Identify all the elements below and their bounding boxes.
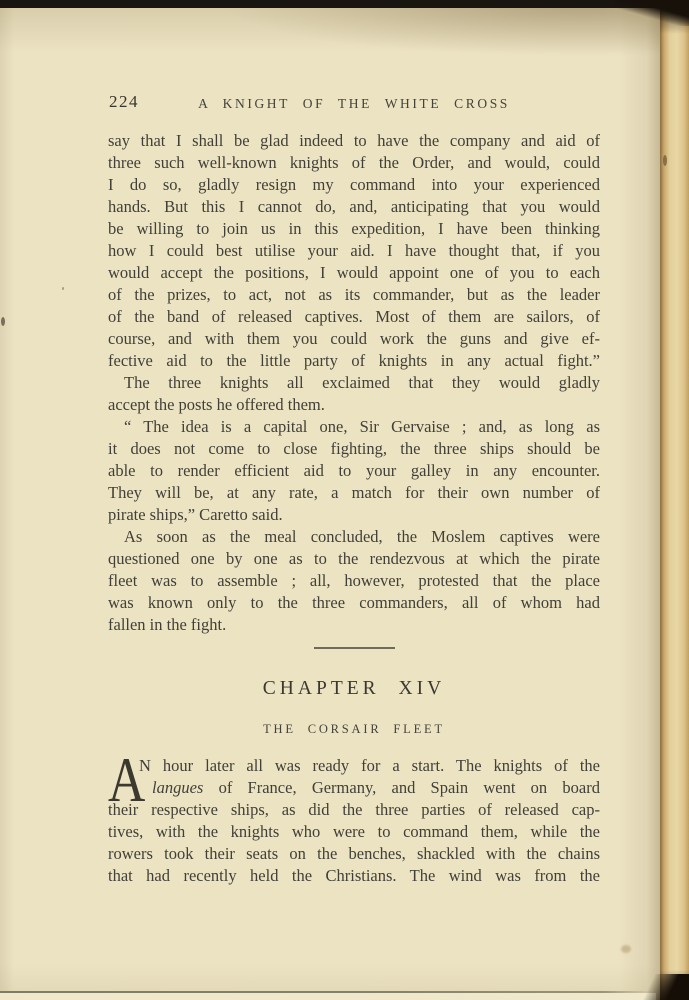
chapter-opening-text: N hour later all was ready for a start. … bbox=[108, 755, 600, 887]
text-segment: was known only to the three commanders, … bbox=[108, 593, 600, 612]
text-segment: The three knights all exclaimed that the… bbox=[124, 373, 600, 392]
text-segment: it does not come to close fighting, the … bbox=[108, 439, 600, 458]
running-title: A KNIGHT OF THE WHITE CROSS bbox=[108, 92, 600, 114]
text-line: N hour later all was ready for a start. … bbox=[108, 755, 600, 777]
text-line: fallen in the fight. bbox=[108, 614, 600, 636]
page-under-edge bbox=[0, 993, 656, 1000]
text-segment: hands. But this I cannot do, and, antici… bbox=[108, 197, 600, 216]
text-line: course, and with them you could work the… bbox=[108, 328, 600, 350]
text-segment: that had recently held the Christians. T… bbox=[108, 866, 600, 885]
text-segment: three such well-known knights of the Ord… bbox=[108, 153, 600, 172]
text-line: accept the posts he offered them. bbox=[108, 394, 600, 416]
text-segment: I do so, gladly resign my command into y… bbox=[108, 175, 600, 194]
text-line: say that I shall be glad indeed to have … bbox=[108, 130, 600, 152]
book-page: 224 A KNIGHT OF THE WHITE CROSS say that… bbox=[0, 6, 663, 1000]
text-segment: pirate ships,” Caretto said. bbox=[108, 505, 283, 524]
text-line: would accept the positions, I would appo… bbox=[108, 262, 600, 284]
page-header: 224 A KNIGHT OF THE WHITE CROSS bbox=[108, 92, 600, 112]
paper-smudge bbox=[621, 945, 631, 953]
body-text: say that I shall be glad indeed to have … bbox=[108, 130, 600, 636]
text-segment: say that I shall be glad indeed to have … bbox=[108, 131, 600, 150]
text-segment: of the prizes, to act, not as its comman… bbox=[108, 285, 600, 304]
text-line: how I could best utilise your aid. I hav… bbox=[108, 240, 600, 262]
text-segment: fallen in the fight. bbox=[108, 615, 226, 634]
page-number: 224 bbox=[109, 92, 139, 112]
text-line: of the band of released captives. Most o… bbox=[108, 306, 600, 328]
text-segment: questioned one by one as to the rendezvo… bbox=[108, 549, 600, 568]
paper-speck bbox=[1, 317, 5, 326]
photo-top-edge bbox=[0, 0, 689, 8]
text-line: three such well-known knights of the Ord… bbox=[108, 152, 600, 174]
text-line: fective aid to the little party of knigh… bbox=[108, 350, 600, 372]
text-line: it does not come to close fighting, the … bbox=[108, 438, 600, 460]
book-cover-corner-bottom bbox=[633, 974, 689, 1000]
text-segment: fleet was to assemble ; all, however, pr… bbox=[108, 571, 600, 590]
text-line: was known only to the three commanders, … bbox=[108, 592, 600, 614]
text-line: able to render efficient aid to your gal… bbox=[108, 460, 600, 482]
text-segment: N hour later all was ready for a start. … bbox=[139, 756, 600, 775]
text-line: rowers took their seats on the benches, … bbox=[108, 843, 600, 865]
text-line: They will be, at any rate, a match for t… bbox=[108, 482, 600, 504]
text-line: questioned one by one as to the rendezvo… bbox=[108, 548, 600, 570]
text-segment: rowers took their seats on the benches, … bbox=[108, 844, 600, 863]
chapter-subtitle: THE CORSAIR FLEET bbox=[108, 721, 600, 737]
text-segment: would accept the positions, I would appo… bbox=[108, 263, 600, 282]
text-segment: “ The idea is a capital one, Sir Gervais… bbox=[124, 417, 600, 436]
text-line: tives, with the knights who were to comm… bbox=[108, 821, 600, 843]
text-segment: course, and with them you could work the… bbox=[108, 329, 600, 348]
text-line: of the prizes, to act, not as its comman… bbox=[108, 284, 600, 306]
chapter-heading: CHAPTER XIV bbox=[108, 677, 600, 701]
text-line: that had recently held the Christians. T… bbox=[108, 865, 600, 887]
text-segment: As soon as the meal concluded, the Mosle… bbox=[124, 527, 600, 546]
text-line: As soon as the meal concluded, the Mosle… bbox=[108, 526, 600, 548]
section-divider-rule bbox=[314, 647, 395, 649]
book-cover-corner-top bbox=[615, 0, 689, 26]
text-line: langues of France, Germany, and Spain we… bbox=[108, 777, 600, 799]
drop-cap: A bbox=[108, 757, 145, 803]
paper-speck bbox=[663, 155, 667, 166]
chapter-opening: A N hour later all was ready for a start… bbox=[108, 755, 600, 887]
text-segment: their respective ships, as did the three… bbox=[108, 800, 600, 819]
text-segment: how I could best utilise your aid. I hav… bbox=[108, 241, 600, 260]
text-segment: accept the posts he offered them. bbox=[108, 395, 325, 414]
text-line: I do so, gladly resign my command into y… bbox=[108, 174, 600, 196]
text-segment: of the band of released captives. Most o… bbox=[108, 307, 600, 326]
text-segment: able to render efficient aid to your gal… bbox=[108, 461, 600, 480]
text-line: fleet was to assemble ; all, however, pr… bbox=[108, 570, 600, 592]
italic-text: langues bbox=[152, 778, 203, 797]
text-line: The three knights all exclaimed that the… bbox=[108, 372, 600, 394]
book-photo: 224 A KNIGHT OF THE WHITE CROSS say that… bbox=[0, 0, 689, 1000]
text-line: “ The idea is a capital one, Sir Gervais… bbox=[108, 416, 600, 438]
text-line: hands. But this I cannot do, and, antici… bbox=[108, 196, 600, 218]
text-line: pirate ships,” Caretto said. bbox=[108, 504, 600, 526]
text-segment: They will be, at any rate, a match for t… bbox=[108, 483, 600, 502]
text-line: their respective ships, as did the three… bbox=[108, 799, 600, 821]
text-segment: of France, Germany, and Spain went on bo… bbox=[203, 778, 600, 797]
book-fore-edge-pages bbox=[660, 0, 689, 1000]
text-line: be willing to join us in this expedition… bbox=[108, 218, 600, 240]
text-segment: be willing to join us in this expedition… bbox=[108, 219, 600, 238]
paper-speck bbox=[62, 287, 64, 290]
text-segment: fective aid to the little party of knigh… bbox=[108, 351, 600, 370]
text-segment: tives, with the knights who were to comm… bbox=[108, 822, 600, 841]
